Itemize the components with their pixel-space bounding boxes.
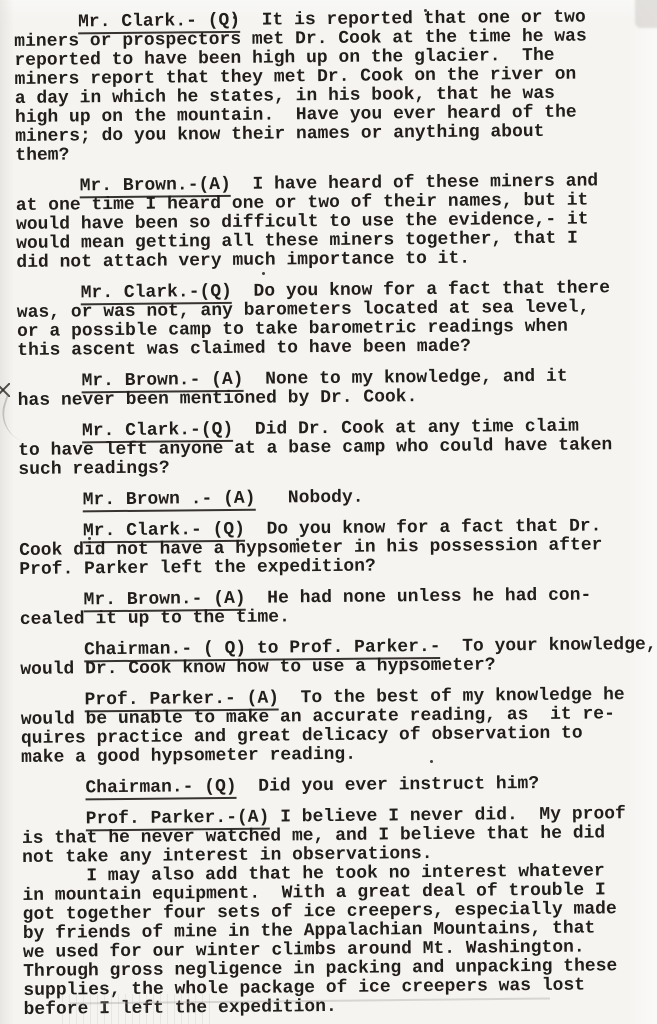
paragraph-text: It is reported that one or two miners or… [14, 8, 587, 166]
qa-paragraph: Mr. Brown.-(A) I have heard of these min… [16, 172, 657, 273]
transcript-text: Mr. Clark.- (Q) It is reported that one … [14, 8, 657, 1024]
paragraph-text: Nobody. [255, 488, 363, 509]
qa-paragraph: Mr. Brown .- (A) Nobody. [19, 486, 657, 511]
qa-paragraph: Prof. Parker.-(A) I believe I never did.… [22, 805, 657, 868]
speaker-label: Chairman.- (Q) [85, 777, 236, 800]
qa-paragraph: Mr. Clark.- (Q) Do you know for a fact t… [19, 517, 657, 580]
document-page: Mr. Clark.- (Q) It is reported that one … [0, 0, 657, 1024]
qa-paragraph: Mr. Clark.- (Q) It is reported that one … [14, 8, 655, 166]
qa-paragraph: Mr. Brown.- (A) None to my knowledge, an… [17, 367, 657, 411]
qa-paragraph: Mr. Clark.-(Q) Did Dr. Cook at any time … [18, 417, 657, 480]
qa-paragraph: Chairman.- ( Q) to Prof. Parker.- To you… [20, 636, 657, 680]
qa-paragraph: I may also add that he took no interest … [22, 862, 657, 1020]
speaker-label: Mr. Brown .- (A) [83, 489, 256, 513]
scan-edge-mark [0, 383, 10, 397]
paragraph-text: Did you ever instruct him? [237, 774, 540, 797]
qa-paragraph: Mr. Clark.-(Q) Do you know for a fact th… [17, 279, 657, 361]
qa-paragraph: Chairman.- (Q) Did you ever instruct him… [21, 774, 657, 799]
qa-paragraph: Mr. Brown.- (A) He had none unless he ha… [20, 586, 657, 630]
paragraph-text: I may also add that he took no interest … [22, 861, 617, 1020]
qa-paragraph: Prof. Parker.- (A) To the best of my kno… [21, 686, 657, 768]
